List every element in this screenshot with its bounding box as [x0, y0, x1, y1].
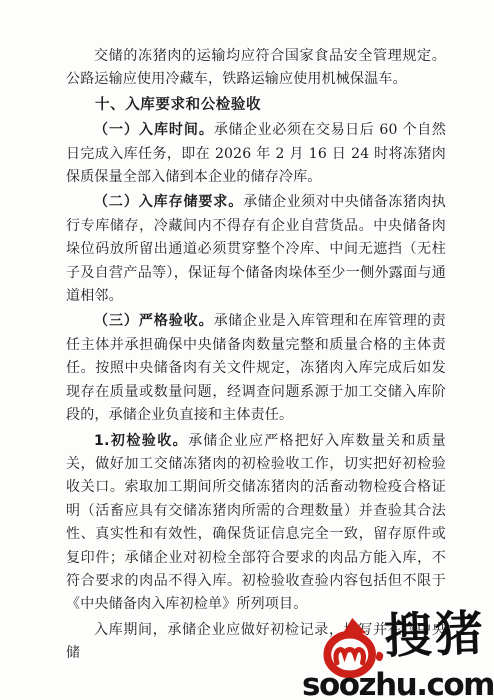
- paragraph-strict-acceptance: （三）严格验收。承储企业是入库管理和在库管理的责任主体并承担确保中央储备肉数量完…: [66, 310, 446, 427]
- paragraph-transport: 交储的冻猪肉的运输均应符合国家食品安全管理规定。公路运输应使用冷藏车，铁路运输应…: [66, 45, 446, 92]
- paragraph-lead: （三）严格验收。: [94, 313, 214, 329]
- brand-calligraphy: 搜猪: [383, 602, 494, 668]
- paragraph-text: 交储的冻猪肉的运输均应符合国家食品安全管理规定。公路运输应使用冷藏车，铁路运输应…: [66, 48, 446, 87]
- soozhu-watermark: 搜猪 soozhu.com: [300, 610, 494, 700]
- brand-url-text: soozhu.com: [302, 671, 494, 700]
- document-page: 交储的冻猪肉的运输均应符合国家食品安全管理规定。公路运输应使用冷藏车，铁路运输应…: [0, 0, 494, 700]
- paragraph-text: 承储企业是入库管理和在库管理的责任主体并承担确保中央储备肉数量完整和质量合格的主…: [66, 313, 446, 423]
- section-heading: 十、入库要求和公检验收: [66, 94, 446, 117]
- paragraph-initial-inspection: 1.初检验收。承储企业应严格把好入库数量关和质量关，做好加工交储冻猪肉的初检验收…: [66, 430, 446, 617]
- paragraph-text: 承储企业须对中央储备冻猪肉执行专库储存，冷藏间内不得存有企业自营货品。中央储备肉…: [66, 194, 446, 304]
- document-body: 交储的冻猪肉的运输均应符合国家食品安全管理规定。公路运输应使用冷藏车，铁路运输应…: [66, 45, 446, 668]
- paragraph-lead-bold: 1.初检验收。: [94, 433, 188, 449]
- paragraph-storage-requirements: （二）入库存储要求。承储企业须对中央储备冻猪肉执行专库储存，冷藏间内不得存有企业…: [66, 191, 446, 308]
- paragraph-lead: （二）入库存储要求。: [94, 194, 243, 210]
- paragraph-storage-time: （一）入库时间。承储企业必须在交易日后 60 个自然日完成入库任务，即在 202…: [66, 119, 446, 189]
- paragraph-text: 承储企业应严格把好入库数量关和质量关，做好加工交储冻猪肉的初检验收工作，切实把好…: [66, 433, 446, 613]
- paragraph-lead: （一）入库时间。: [94, 122, 214, 138]
